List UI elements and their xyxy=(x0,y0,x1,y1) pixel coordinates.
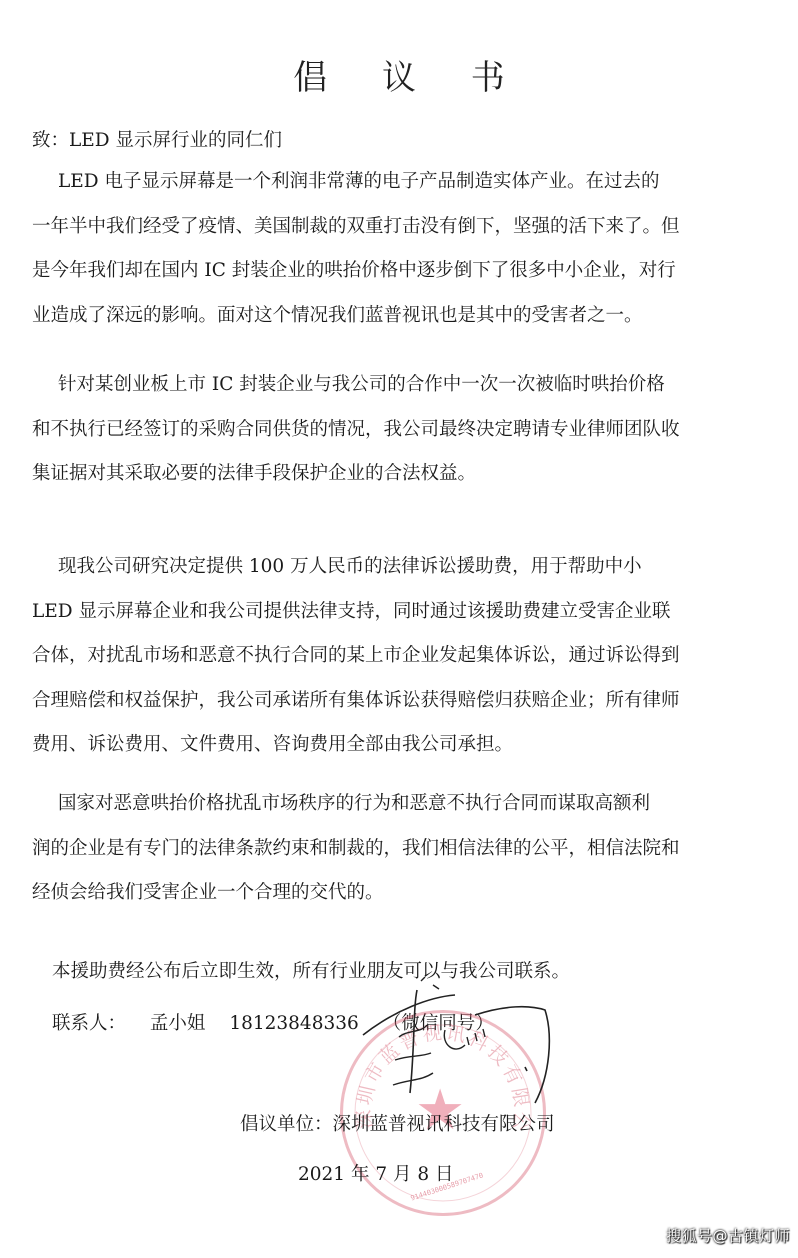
paragraph-4: 国家对恶意哄抬价格扰乱市场秩序的行为和恶意不执行合同而谋取高额利 润的企业是有专… xyxy=(32,782,484,916)
salutation: 致：LED 显示屏行业的同仁们 xyxy=(32,126,282,152)
contact-label: 联系人： xyxy=(52,1013,126,1034)
paragraph-line: 国家对恶意哄抬价格扰乱市场秩序的行为和恶意不执行合同而谋取高额利 xyxy=(32,782,484,827)
document-date: 2021 年 7 月 8 日 xyxy=(298,1160,454,1186)
paragraph-line: 业造成了深远的影响。面对这个情况我们蓝普视讯也是其中的受害者之一。 xyxy=(32,294,484,339)
paragraph-line: 一年半中我们经受了疫情、美国制裁的双重打击没有倒下，坚强的活下来了。但 xyxy=(32,205,484,250)
paragraph-line: 经侦会给我们受害企业一个合理的交代的。 xyxy=(32,871,484,916)
watermark: 搜狐号@古镇灯师 xyxy=(666,1225,790,1246)
paragraph-line: 费用、诉讼费用、文件费用、咨询费用全部由我公司承担。 xyxy=(32,723,484,768)
paragraph-line: 是今年我们却在国内 IC 封装企业的哄抬价格中逐步倒下了很多中小企业，对行 xyxy=(32,249,484,294)
paragraph-line: 针对某创业板上市 IC 封装企业与我公司的合作中一次一次被临时哄抬价格 xyxy=(32,363,484,408)
handwritten-signature-icon xyxy=(355,975,555,1125)
paragraph-line: 和不执行已经签订的采购合同供货的情况，我公司最终决定聘请专业律师团队收 xyxy=(32,408,484,453)
paragraph-line: 合理赔偿和权益保护，我公司承诺所有集体诉讼获得赔偿归获赔企业；所有律师 xyxy=(32,679,484,724)
signatory-org: 深圳蓝普视讯科技有限公司 xyxy=(333,1114,555,1135)
signatory-line: 倡议单位：深圳蓝普视讯科技有限公司 xyxy=(240,1110,555,1136)
contact-name: 孟小姐 xyxy=(150,1013,206,1034)
paragraph-line: 润的企业是有专门的法律条款约束和制裁的，我们相信法律的公平，相信法院和 xyxy=(32,827,484,872)
paragraph-1: LED 电子显示屏幕是一个利润非常薄的电子产品制造实体产业。在过去的 一年半中我… xyxy=(32,160,484,338)
paragraph-3: 现我公司研究决定提供 100 万人民币的法律诉讼援助费，用于帮助中小 LED 显… xyxy=(32,545,484,768)
signatory-label: 倡议单位： xyxy=(240,1114,333,1135)
paragraph-line: 现我公司研究决定提供 100 万人民币的法律诉讼援助费，用于帮助中小 xyxy=(32,545,484,590)
paragraph-line: 合体，对扰乱市场和恶意不执行合同的某上市企业发起集体诉讼，通过诉讼得到 xyxy=(32,634,484,679)
contact-phone: 18123848336 xyxy=(229,1013,358,1034)
document-title: 倡 议 书 xyxy=(0,50,798,99)
paragraph-line: LED 显示屏幕企业和我公司提供法律支持，同时通过该援助费建立受害企业联 xyxy=(32,590,484,635)
paragraph-line: LED 电子显示屏幕是一个利润非常薄的电子产品制造实体产业。在过去的 xyxy=(32,160,484,205)
document-page: 倡 议 书 致：LED 显示屏行业的同仁们 LED 电子显示屏幕是一个利润非常薄… xyxy=(0,0,798,1258)
paragraph-line: 集证据对其采取必要的法律手段保护企业的合法权益。 xyxy=(32,452,484,497)
paragraph-2: 针对某创业板上市 IC 封装企业与我公司的合作中一次一次被临时哄抬价格 和不执行… xyxy=(32,363,484,497)
